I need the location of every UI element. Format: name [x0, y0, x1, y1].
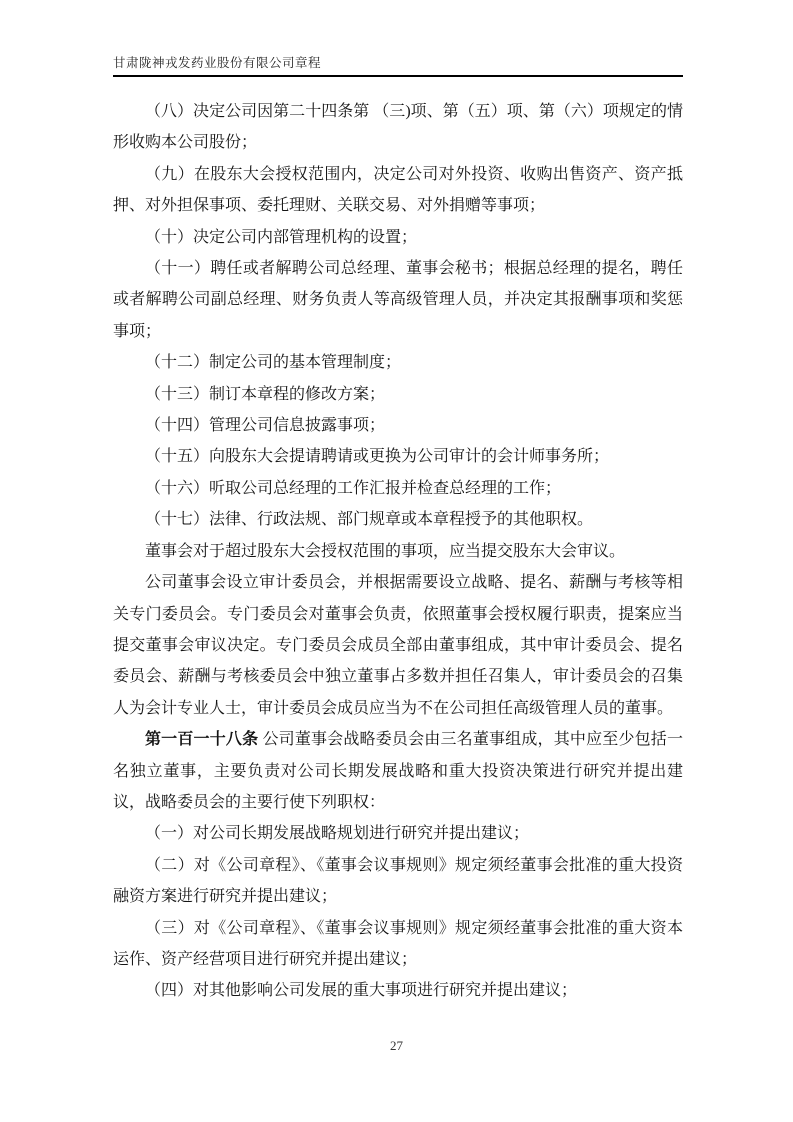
paragraph-item-10: （十）决定公司内部管理机构的设置；: [113, 222, 683, 253]
paragraph-committees: 公司董事会设立审计委员会，并根据需要设立战略、提名、薪酬与考核等相关专门委员会。…: [113, 567, 683, 724]
paragraph-item-16: （十六）听取公司总经理的工作汇报并检查总经理的工作；: [113, 473, 683, 504]
paragraph-board-submission: 董事会对于超过股东大会授权范围的事项，应当提交股东大会审议。: [113, 536, 683, 567]
article-number: 第一百一十八条: [145, 731, 258, 748]
document-page: 甘肃陇神戎发药业股份有限公司章程 （八）决定公司因第二十四条第 （三)项、第（五…: [0, 0, 793, 1122]
header-title: 甘肃陇神戎发药业股份有限公司章程: [113, 56, 321, 70]
paragraph-item-11: （十一）聘任或者解聘公司总经理、董事会秘书；根据总经理的提名，聘任或者解聘公司副…: [113, 253, 683, 347]
paragraph-item-2: （二）对《公司章程》、《董事会议事规则》规定须经董事会批准的重大投资融资方案进行…: [113, 850, 683, 913]
paragraph-item-12: （十二）制定公司的基本管理制度；: [113, 347, 683, 378]
paragraph-article-118: 第一百一十八条 公司董事会战略委员会由三名董事组成，其中应至少包括一名独立董事，…: [113, 724, 683, 818]
page-footer: 27: [0, 1038, 793, 1054]
paragraph-item-13: （十三）制订本章程的修改方案；: [113, 379, 683, 410]
paragraph-item-17: （十七）法律、行政法规、部门规章或本章程授予的其他职权。: [113, 504, 683, 535]
page-number: 27: [390, 1038, 403, 1053]
paragraph-item-3: （三）对《公司章程》、《董事会议事规则》规定须经董事会批准的重大资本运作、资产经…: [113, 913, 683, 976]
document-body: （八）决定公司因第二十四条第 （三)项、第（五）项、第（六）项规定的情形收购本公…: [113, 96, 683, 1007]
paragraph-item-9: （九）在股东大会授权范围内，决定公司对外投资、收购出售资产、资产抵押、对外担保事…: [113, 159, 683, 222]
paragraph-item-1: （一）对公司长期发展战略规划进行研究并提出建议；: [113, 818, 683, 849]
paragraph-item-4: （四）对其他影响公司发展的重大事项进行研究并提出建议；: [113, 975, 683, 1006]
paragraph-item-15: （十五）向股东大会提请聘请或更换为公司审计的会计师事务所；: [113, 441, 683, 472]
page-header: 甘肃陇神戎发药业股份有限公司章程: [113, 53, 683, 77]
paragraph-item-8: （八）决定公司因第二十四条第 （三)项、第（五）项、第（六）项规定的情形收购本公…: [113, 96, 683, 159]
paragraph-item-14: （十四）管理公司信息披露事项；: [113, 410, 683, 441]
